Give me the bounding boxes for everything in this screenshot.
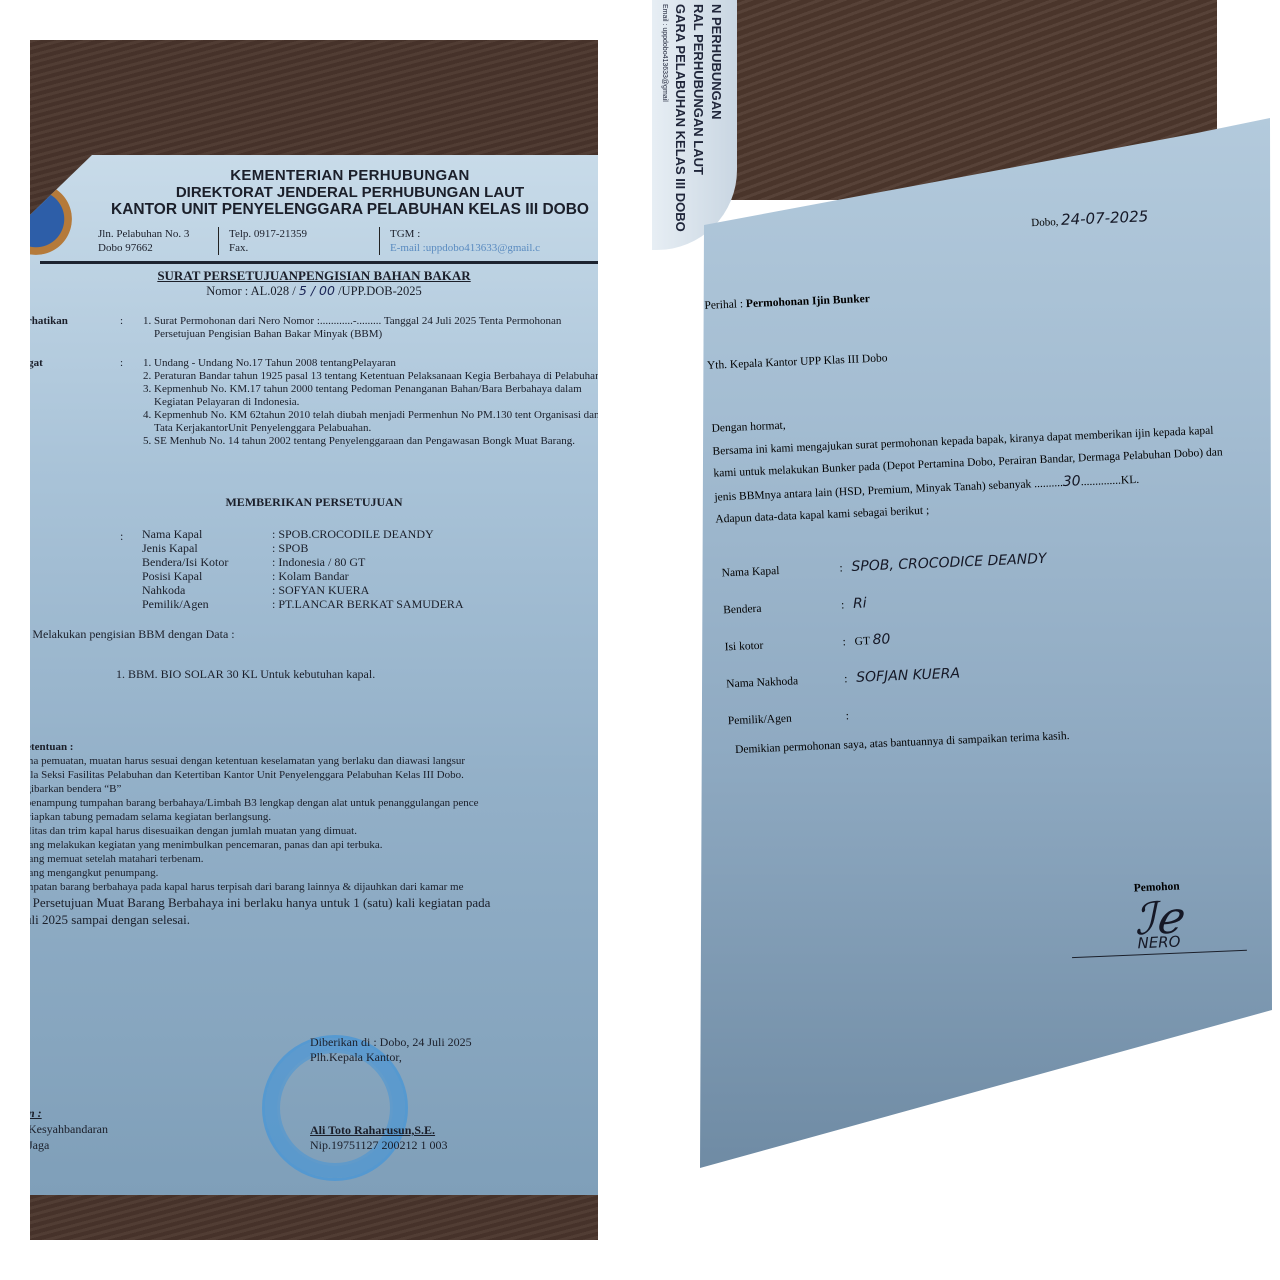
curled-letterhead-page: Email : uppdobo413633@gmail GARA PELABUH… (652, 0, 737, 250)
conditions-label: ketentuan : (30, 740, 490, 754)
letterhead-office: KANTOR UNIT PENYELENGGARA PELABUHAN KELA… (90, 201, 598, 219)
vessel-row: Jenis Kapal: SPOB (142, 541, 464, 555)
bbm-item: 1. BBM. BIO SOLAR 30 KL Untuk kebutuhan … (116, 667, 375, 682)
condition-line: arang mengangkut penumpang. (30, 866, 490, 880)
condition-line: arang melakukan kegiatan yang menimbulka… (30, 838, 490, 852)
given-at: Diberikan di : Dobo, 24 Juli 2025 (310, 1035, 472, 1050)
field-value: SOFJAN KUERA (856, 666, 961, 687)
curled-line2: RAL PERHUBUNGAN LAUT (690, 4, 706, 175)
vessel-key: Nahkoda (142, 583, 264, 597)
vessel-value: : Indonesia / 80 GT (264, 555, 365, 569)
field-value-handwritten: SPOB, CROCODICE DEANDY (851, 551, 1047, 575)
validity-line: at Persetujuan Muat Barang Berbahaya ini… (30, 894, 490, 911)
vessel-value: : SOFYAN KUERA (264, 583, 369, 597)
mengingat-list: Undang - Undang No.17 Tahun 2008 tentang… (138, 357, 598, 448)
vessel-row: Posisi Kapal: Kolam Bandar (142, 569, 464, 583)
curled-line3: GARA PELABUHAN KELAS III DOBO (672, 4, 688, 232)
vessel-row: Pemilik/Agen: PT.LANCAR BERKAT SAMUDERA (142, 597, 464, 611)
vessel-details: Nama Kapal: SPOB.CROCODILE DEANDYJenis K… (142, 527, 464, 611)
conditions-list: ama pemuatan, muatan harus sesuai dengan… (30, 754, 490, 894)
address-city: Dobo 97662 (98, 241, 208, 255)
vessel-value: : PT.LANCAR BERKAT SAMUDERA (264, 597, 464, 611)
tembusan-item: Kesyahbandaran (30, 1121, 108, 1137)
tgm-label: TGM : (390, 227, 540, 241)
untuk-text: : Melakukan pengisian BBM dengan Data : (30, 627, 235, 642)
curled-contact: Email : uppdobo413633@gmail (656, 4, 672, 102)
quantity-handwritten: 30 (1062, 473, 1080, 490)
section-label: ngat (30, 357, 102, 370)
ministry-logo-icon (30, 183, 72, 255)
number-handwritten: 5 / 00 (299, 283, 335, 298)
tembusan-item: Jaga (30, 1137, 108, 1153)
letterhead-ministry: KEMENTERIAN PERHUBUNGAN (90, 167, 598, 184)
vessel-key: Bendera/Isi Kotor (142, 555, 264, 569)
field-value-handwritten: Ri (853, 595, 867, 612)
vessel-fields: Nama Kapal:SPOB, CROCODICE DEANDYBendera… (721, 541, 1054, 739)
field-label: Nama Nakhoda (726, 673, 844, 690)
number-suffix: /UPP.DOB-2025 (338, 284, 422, 298)
tembusan-list: KesyahbandaranJaga (30, 1121, 108, 1153)
field-value-handwritten: 80 (872, 631, 890, 648)
address-street: Jln. Pelabuhan No. 3 (98, 227, 208, 241)
letterhead: KEMENTERIAN PERHUBUNGAN DIREKTORAT JENDE… (90, 167, 598, 219)
approval-letter-sheet: KEMENTERIAN PERHUBUNGAN DIREKTORAT JENDE… (30, 155, 598, 1195)
list-item: Kepmenhub No. KM.17 tahun 2000 tentang P… (154, 383, 598, 409)
list-item: Undang - Undang No.17 Tahun 2008 tentang… (154, 357, 598, 370)
vessel-key: Posisi Kapal (142, 569, 264, 583)
field-value: GT 80 (854, 631, 891, 649)
vessel-value: : SPOB (264, 541, 308, 555)
section-label: erhatikan (30, 315, 102, 328)
field-value: Ri (853, 595, 867, 613)
list-item: SE Menhub No. 14 tahun 2002 tentang Peny… (154, 435, 598, 448)
signer-name: Ali Toto Raharusun,S.E. (310, 1123, 472, 1138)
field-value-handwritten: SOFJAN KUERA (856, 666, 961, 686)
approval-heading: MEMBERIKAN PERSETUJUAN (30, 495, 598, 510)
validity-line: Juli 2025 sampai dengan selesai. (30, 911, 490, 928)
letterhead-directorate: DIREKTORAT JENDERAL PERHUBUNGAN LAUT (90, 184, 598, 201)
tembusan-heading: n : (30, 1105, 108, 1121)
condition-line: ngibarkan bendera “B” (30, 782, 490, 796)
condition-line: bilitas dan trim kapal harus disesuaikan… (30, 824, 490, 838)
letter-body: Dengan hormat, Bersama ini kami mengajuk… (711, 396, 1225, 531)
vessel-row: Nama Kapal: SPOB.CROCODILE DEANDY (142, 527, 464, 541)
letterhead-contacts: Jln. Pelabuhan No. 3 Dobo 97662 Telp. 09… (98, 227, 598, 255)
vessel-key: Pemilik/Agen (142, 597, 264, 611)
vessel-value: : Kolam Bandar (264, 569, 349, 583)
field-label: Bendera (723, 599, 841, 616)
document-number: Nomor : AL.028 / 5 / 00 /UPP.DOB-2025 (30, 283, 598, 299)
applicant-signature-block: Pemohon ℐℯ NERO (1069, 878, 1247, 958)
condition-line: ama pemuatan, muatan harus sesuai dengan… (30, 754, 490, 768)
tembusan-block: n : KesyahbandaranJaga (30, 1105, 108, 1153)
conditions-section: ketentuan : ama pemuatan, muatan harus s… (30, 740, 490, 928)
condition-line: pala Seksi Fasilitas Pelabuhan dan Keter… (30, 768, 490, 782)
phone-number: Telp. 0917-21359 (229, 227, 369, 241)
list-item: Surat Permohonan dari Nero Nomor :......… (154, 315, 598, 341)
date-handwritten: 24-07-2025 (1061, 207, 1149, 229)
vessel-value: : SPOB.CROCODILE DEANDY (264, 527, 434, 541)
signer-nip: Nip.19751127 200212 1 003 (310, 1138, 472, 1153)
list-item: Peraturan Bandar tahun 1925 pasal 13 ten… (154, 370, 598, 383)
letterhead-divider (40, 261, 598, 264)
photo-bunker-request: Email : uppdobo413633@gmail GARA PELABUH… (652, 0, 1272, 1170)
condition-line: t penampung tumpahan barang berbahaya/Li… (30, 796, 490, 810)
vessel-key: Nama Kapal (142, 527, 264, 541)
vessel-row: Bendera/Isi Kotor: Indonesia / 80 GT (142, 555, 464, 569)
field-label: Isi kotor (724, 636, 842, 653)
vessel-key: Jenis Kapal (142, 541, 264, 555)
document-title: SURAT PERSETUJUANPENGISIAN BAHAN BAKAR (30, 268, 598, 284)
list-item: Kepmenhub No. KM 62tahun 2010 telah diub… (154, 409, 598, 435)
fax-number: Fax. (229, 241, 369, 255)
email-address: E-mail :uppdobo413633@gmail.c (390, 241, 540, 255)
condition-line: empatan barang berbahaya pada kapal haru… (30, 880, 490, 894)
official-signature-block: Diberikan di : Dobo, 24 Juli 2025 Plh.Ke… (310, 1035, 472, 1153)
signer-role: Plh.Kepala Kantor, (310, 1050, 472, 1065)
photo-approval-letter: KEMENTERIAN PERHUBUNGAN DIREKTORAT JENDE… (30, 40, 598, 1240)
curled-line1: N PERHUBUNGAN (708, 4, 724, 120)
number-prefix: Nomor : AL.028 / (206, 284, 296, 298)
condition-line: nyiapkan tabung pemadam selama kegiatan … (30, 810, 490, 824)
vessel-row: Nahkoda: SOFYAN KUERA (142, 583, 464, 597)
condition-line: arang memuat setelah matahari terbenam. (30, 852, 490, 866)
memperhatikan-list: Surat Permohonan dari Nero Nomor :......… (138, 315, 598, 341)
field-value: SPOB, CROCODICE DEANDY (851, 551, 1047, 576)
field-label: Nama Kapal (721, 562, 839, 579)
field-label: Pemilik/Agen (728, 710, 846, 727)
